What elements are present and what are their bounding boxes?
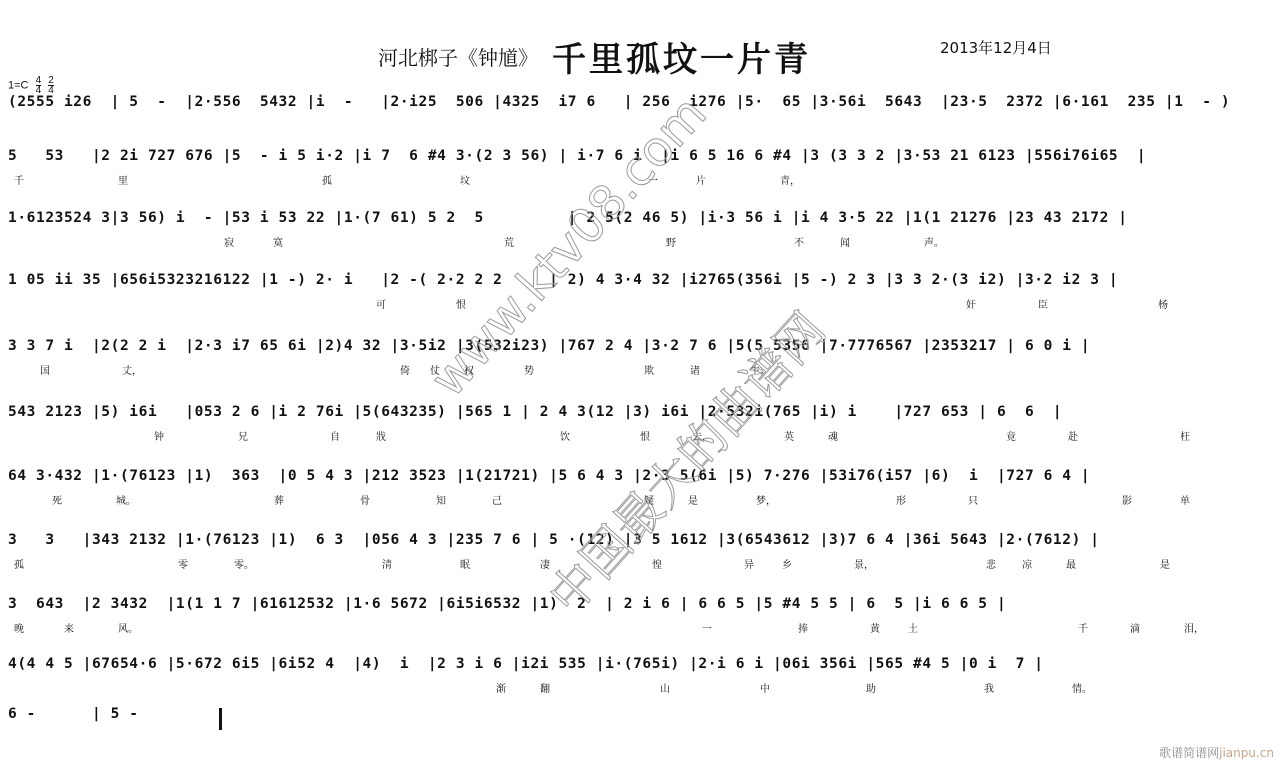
- lyric-syllable: 情。: [1072, 680, 1092, 695]
- lyric-syllable: 悲: [986, 556, 996, 571]
- lyric-syllable: 助: [866, 680, 876, 695]
- score-line: 1 05 ii 35 |656i5323216122 |1 -) 2· i |2…: [8, 272, 1278, 324]
- lyric-syllable: 权: [464, 362, 474, 377]
- lyric-syllable: 孤: [14, 556, 24, 571]
- lyric-syllable: 清: [382, 556, 392, 571]
- lyric-syllable: 眠: [460, 556, 470, 571]
- lyric-syllable: 一: [648, 172, 658, 187]
- lyric-syllable: 黄: [870, 620, 880, 635]
- lyric-syllable: 死: [52, 492, 62, 507]
- lyric-syllable: 势: [524, 362, 534, 377]
- score-line: 4(4 4 5 |67654·6 |5·672 6i5 |6i52 4 |4) …: [8, 656, 1278, 708]
- lyric-syllable: 可: [376, 296, 386, 311]
- lyric-syllable: 一: [702, 620, 712, 635]
- lyric-syllable: 风。: [118, 620, 138, 635]
- jianpu-notes: (2555 i26 | 5 - |2·556 5432 |i - |2·i25 …: [8, 94, 1230, 110]
- lyric-syllable: 千: [1078, 620, 1088, 635]
- score-title: 千里孤坟一片青: [552, 32, 811, 81]
- lyric-syllable: 青，: [780, 172, 800, 187]
- lyric-syllable: 单: [1180, 492, 1190, 507]
- lyric-syllable: 葬: [274, 492, 284, 507]
- jianpu-notes: 5 53 |2 2i 727 676 |5 - i 5 i·2 |i 7 6 #…: [8, 148, 1146, 164]
- jianpu-notes: 1 05 ii 35 |656i5323216122 |1 -) 2· i |2…: [8, 272, 1118, 288]
- lyric-syllable: 片: [696, 172, 706, 187]
- jianpu-notes: 4(4 4 5 |67654·6 |5·672 6i5 |6i52 4 |4) …: [8, 656, 1044, 672]
- lyric-syllable: 坟: [460, 172, 470, 187]
- score-line: 3 3 7 i |2(2 2 i |2·3 i7 65 6i |2)4 32 |…: [8, 338, 1278, 390]
- lyric-syllable: 乡: [782, 556, 792, 571]
- lyric-syllable: 山: [660, 680, 670, 695]
- lyric-syllable: 凄: [540, 556, 550, 571]
- lyric-syllable: 城。: [116, 492, 136, 507]
- key-signature: 1=C 4 4 2 4: [8, 76, 54, 95]
- score-line: 3 643 |2 3432 |1(1 1 7 |61612532 |1·6 56…: [8, 596, 1278, 648]
- lyric-syllable: 是: [1160, 556, 1170, 571]
- opera-subtitle: 河北梆子《钟馗》: [378, 42, 538, 71]
- footer-url: jianpu.cn: [1219, 746, 1274, 760]
- lyric-syllable: 景，: [854, 556, 874, 571]
- jianpu-notes: 6 - | 5 -: [8, 706, 139, 722]
- lyrics-line: 钟兄自戕饮恨去，英魂竟赴枉: [8, 428, 1278, 444]
- lyric-syllable: 荒: [504, 234, 514, 249]
- lyric-syllable: 形: [896, 492, 906, 507]
- lyric-syllable: 戕: [376, 428, 386, 443]
- lyric-syllable: 里: [118, 172, 128, 187]
- lyric-syllable: 欺: [644, 362, 654, 377]
- time-signature-2: 2 4: [48, 76, 54, 95]
- lyric-syllable: 零: [178, 556, 188, 571]
- lyric-syllable: 零。: [234, 556, 254, 571]
- jianpu-notes: 3 3 |343 2132 |1·(76123 |1) 6 3 |056 4 3…: [8, 532, 1100, 548]
- lyric-syllable: 去，: [692, 428, 712, 443]
- lyric-syllable: 魂: [828, 428, 838, 443]
- jianpu-notes: 1·6123524 3|3 56) i - |53 i 53 22 |1·(7 …: [8, 210, 1128, 226]
- score-date: 2013年12月4日: [940, 37, 1052, 58]
- jianpu-notes: 3 3 7 i |2(2 2 i |2·3 i7 65 6i |2)4 32 |…: [8, 338, 1090, 354]
- lyric-syllable: 异: [744, 556, 754, 571]
- lyric-syllable: 英: [784, 428, 794, 443]
- lyric-syllable: 捧: [798, 620, 808, 635]
- footer-logo: 歌谱简谱网jianpu.cn: [1159, 744, 1274, 761]
- lyric-syllable: 诸: [690, 362, 700, 377]
- final-barline: [219, 708, 222, 730]
- lyric-syllable: 杨: [1158, 296, 1168, 311]
- score-line: 64 3·432 |1·(76123 |1) 363 |0 5 4 3 |212…: [8, 468, 1278, 520]
- lyric-syllable: 丈，: [122, 362, 142, 377]
- lyrics-line: 死城。葬骨知己疑是梦，形只影单: [8, 492, 1278, 508]
- lyric-syllable: 国: [40, 362, 50, 377]
- lyric-syllable: 赴: [1068, 428, 1078, 443]
- lyrics-line: 寂寞荒野不闻声。: [8, 234, 1278, 250]
- lyric-syllable: 饮: [560, 428, 570, 443]
- lyric-syllable: 中: [760, 680, 770, 695]
- lyrics-line: 国丈，倚仗权势欺诸生。: [8, 362, 1278, 378]
- lyric-syllable: 梦，: [756, 492, 776, 507]
- score-line: 1·6123524 3|3 56) i - |53 i 53 22 |1·(7 …: [8, 210, 1278, 262]
- lyrics-line: 可恨奸臣杨: [8, 296, 1278, 312]
- lyric-syllable: 翻: [540, 680, 550, 695]
- lyric-syllable: 生。: [750, 362, 770, 377]
- lyric-syllable: 晚: [14, 620, 24, 635]
- lyric-syllable: 我: [984, 680, 994, 695]
- lyrics-line: [8, 730, 1278, 746]
- lyric-syllable: 钟: [154, 428, 164, 443]
- footer-site-name: 歌谱简谱网: [1159, 746, 1219, 760]
- jianpu-notes: 3 643 |2 3432 |1(1 1 7 |61612532 |1·6 56…: [8, 596, 1006, 612]
- lyric-syllable: 凉: [1022, 556, 1032, 571]
- lyric-syllable: 渐: [496, 680, 506, 695]
- lyrics-line: [8, 118, 1278, 134]
- lyric-syllable: 滴: [1130, 620, 1140, 635]
- jianpu-notes: 64 3·432 |1·(76123 |1) 363 |0 5 4 3 |212…: [8, 468, 1090, 484]
- lyric-syllable: 奸: [966, 296, 976, 311]
- lyrics-line: 渐翻山中助我情。: [8, 680, 1278, 696]
- lyric-syllable: 最: [1066, 556, 1076, 571]
- lyric-syllable: 己: [492, 492, 502, 507]
- lyric-syllable: 寂: [224, 234, 234, 249]
- lyric-syllable: 枉: [1180, 428, 1190, 443]
- lyric-syllable: 声。: [924, 234, 944, 249]
- lyric-syllable: 孤: [322, 172, 332, 187]
- score-line: 3 3 |343 2132 |1·(76123 |1) 6 3 |056 4 3…: [8, 532, 1278, 584]
- lyric-syllable: 自: [330, 428, 340, 443]
- lyric-syllable: 泪，: [1184, 620, 1204, 635]
- lyric-syllable: 知: [436, 492, 446, 507]
- lyric-syllable: 惶: [652, 556, 662, 571]
- lyrics-line: 晚来风。一捧黄土千滴泪，: [8, 620, 1278, 636]
- lyric-syllable: 来: [64, 620, 74, 635]
- lyrics-line: 千里孤坟一片青，: [8, 172, 1278, 188]
- score-line: (2555 i26 | 5 - |2·556 5432 |i - |2·i25 …: [8, 94, 1278, 146]
- lyric-syllable: 影: [1122, 492, 1132, 507]
- time-signature-1: 4 4: [36, 76, 42, 95]
- lyric-syllable: 闻: [840, 234, 850, 249]
- lyric-syllable: 恨: [456, 296, 466, 311]
- lyric-syllable: 兄: [238, 428, 248, 443]
- score-line: 5 53 |2 2i 727 676 |5 - i 5 i·2 |i 7 6 #…: [8, 148, 1278, 200]
- lyric-syllable: 骨: [360, 492, 370, 507]
- lyric-syllable: 仗: [430, 362, 440, 377]
- lyric-syllable: 寞: [273, 234, 283, 249]
- lyric-syllable: 野: [666, 234, 676, 249]
- score-header: 河北梆子《钟馗》 千里孤坟一片青 2013年12月4日: [0, 30, 1286, 74]
- lyric-syllable: 只: [968, 492, 978, 507]
- score-line: 6 - | 5 -: [8, 706, 1278, 758]
- lyric-syllable: 臣: [1038, 296, 1048, 311]
- lyric-syllable: 恨: [640, 428, 650, 443]
- lyric-syllable: 倚: [400, 362, 410, 377]
- lyric-syllable: 土: [908, 620, 918, 635]
- jianpu-notes: 543 2123 |5) i6i |053 2 6 |i 2 76i |5(64…: [8, 404, 1062, 420]
- lyric-syllable: 是: [688, 492, 698, 507]
- lyric-syllable: 疑: [644, 492, 654, 507]
- score-line: 543 2123 |5) i6i |053 2 6 |i 2 76i |5(64…: [8, 404, 1278, 456]
- key-label: 1=C: [8, 79, 29, 91]
- lyrics-line: 孤零零。清眠凄惶异乡景，悲凉最是: [8, 556, 1278, 572]
- lyric-syllable: 千: [14, 172, 24, 187]
- lyric-syllable: 竟: [1006, 428, 1016, 443]
- lyric-syllable: 不: [794, 234, 804, 249]
